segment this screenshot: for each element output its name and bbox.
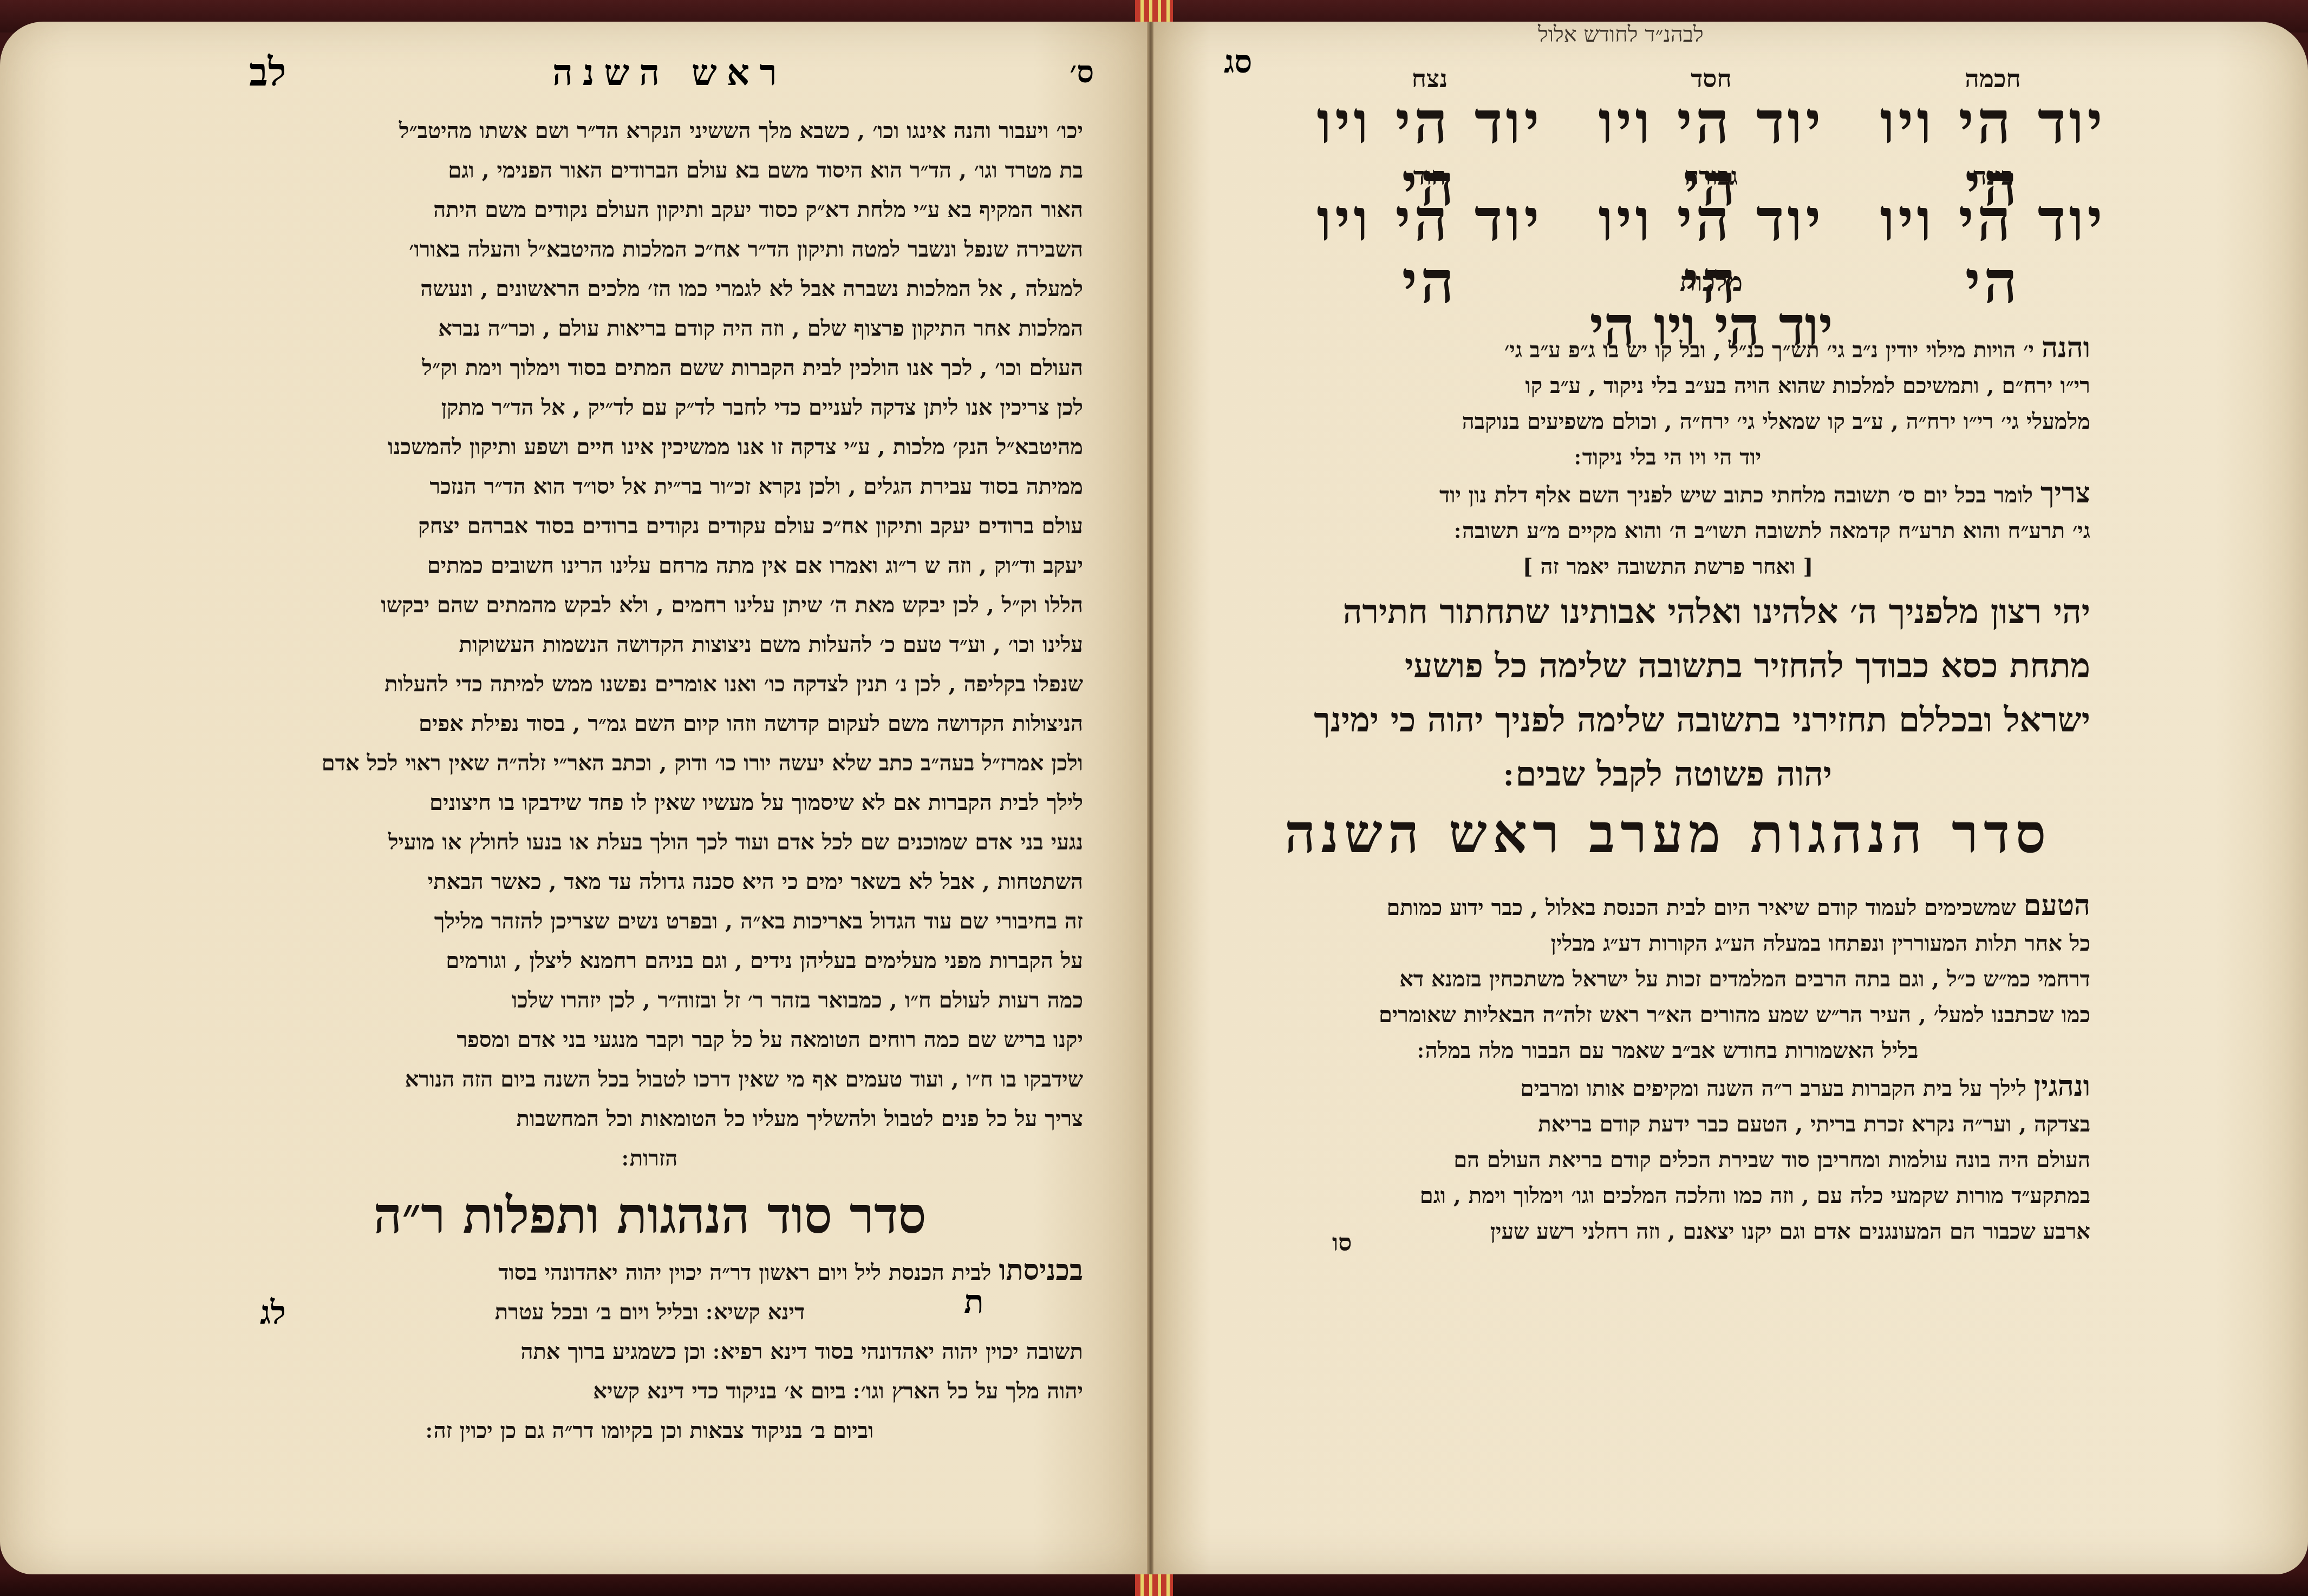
lead-word: והנה: [2042, 331, 2090, 364]
text-line: האור המקיף בא ע״י מלחת דא״ק כסוד יעקב ות…: [217, 190, 1083, 230]
line-text: גי׳ תרע״ח והוא תרע״ח קדמאה לתשובה תשו״ב …: [1455, 518, 2090, 544]
section-line: בכניסתו לבית הכנסת ליל ויום ראשון דר״ה י…: [217, 1251, 1083, 1292]
text-line: נגעי בני אדם שמוכנים שם לכל אדם ועוד לכך…: [217, 822, 1083, 862]
line-text: לבית הכנסת ליל ויום ראשון דר״ה יכוין יהו…: [498, 1260, 991, 1285]
left-folio-number: לב: [249, 49, 286, 95]
lead-word: בכניסתו: [999, 1254, 1083, 1287]
text-line: לכן צריכין אנו ליתן צדקה לעניים כדי לחבר…: [217, 388, 1083, 427]
text-line: שידבקו בו ח״ו , ועוד טעמים אף מי שאין דר…: [217, 1059, 1083, 1099]
right-catchword: סו: [1332, 1229, 1352, 1257]
section-line: יהוה מלך על כל הארץ וגו׳ ׃ ביום א׳ בניקו…: [217, 1371, 1083, 1411]
prayer-line: ישראל ובכללם תחזירני בתשובה שלימה לפניך …: [1246, 693, 2090, 747]
prayer-line: מתחת כסא כבודך להחזיר בתשובה שלימה כל פו…: [1246, 639, 2090, 693]
text-line: הללו וק״ל , לכן יבקש מאת ה׳ שיתן עלינו ר…: [217, 585, 1083, 625]
text-line: כמה רעות לעולם ח״ו , כמבואר בזהר ר׳ זל ו…: [217, 980, 1083, 1020]
text-line: עלינו וכו׳ , וע״ד טעם כ׳ להעלות משם ניצו…: [217, 625, 1083, 664]
customs-line: במתקע״ד מורות שקמעי כלה עם , וזה כמו והל…: [1246, 1178, 2090, 1214]
line-text: ארבע שכבור הם המעונגנים אדם וגם יקנו יצא…: [1490, 1219, 2090, 1244]
line-text: בצדקה , וער״ה נקרא זכרת בריתי , הטעם כבר…: [1538, 1111, 2090, 1137]
text-line: השתטחות , אבל לא בשאר ימים כי היא סכנה ג…: [217, 862, 1083, 901]
left-page-body: יכו׳ ויעבור והנה אינגו וכו׳ , כשבא מלך ה…: [217, 111, 1083, 1450]
line-text: כל אחר תלות המעוררין ונפתחו במעלה הע״ג ה…: [1551, 931, 2090, 956]
sefira-label: בינה: [1852, 162, 2134, 189]
lead-word: צריך: [2040, 476, 2090, 509]
right-section-title: סדר הנהגות מערב ראש השנה: [1246, 801, 2090, 865]
customs-line: הטעם שמשכימים לעמוד קודם שיאיר היום לבית…: [1246, 888, 2090, 926]
line-text: שמשכימים לעמוד קודם שיאיר היום לבית הכנס…: [1386, 895, 2016, 920]
customs-line: דרחמי כמ״ש כ״ל , וגם בתה הרבים המלמדים ז…: [1246, 961, 2090, 997]
prayer-block: יהי רצון מלפניך ה׳ אלהינו ואלהי אבותינו …: [1246, 585, 2090, 801]
lead-word: ונהגין: [2034, 1070, 2090, 1103]
text-line: מהיטבא״ל הנק׳ מלכות , ע״י צדקה זו אנו ממ…: [217, 427, 1083, 467]
note-line: רי״ו ירח״ם , ותמשיכם למלכות שהוא הויה בע…: [1246, 368, 2090, 404]
sefira-label: חסד: [1570, 65, 1852, 92]
text-line: הניצולות הקדושה משם לעקום קדושה וזהו קיו…: [217, 704, 1083, 743]
signature-mark: ת: [964, 1283, 984, 1321]
text-line: לילך לבית הקברות אם לא שיסמוך על מעשיו ש…: [217, 783, 1083, 822]
customs-line: ונהגין לילך על בית הקברות בערב ר״ה השנה …: [1246, 1069, 2090, 1107]
prayer-line: יהי רצון מלפניך ה׳ אלהינו ואלהי אבותינו …: [1246, 585, 2090, 639]
line-text: במתקע״ד מורות שקמעי כלה עם , וזה כמו והל…: [1420, 1183, 2090, 1208]
customs-line: ארבע שכבור הם המעונגנים אדם וגם יקנו יצא…: [1246, 1214, 2090, 1250]
line-text: מלמעלי גי׳ רי״ו ירח״ה , ע״ב קו שמאלי גי׳…: [1462, 409, 2090, 434]
line-text: י׳ הויות מילוי יודין נ״ב גי׳ תש״ך כנ״ל ,…: [1504, 337, 2034, 363]
right-folio-number: סג: [1224, 43, 1252, 80]
text-line: יכו׳ ויעבור והנה אינגו וכו׳ , כשבא מלך ה…: [217, 111, 1083, 151]
left-running-title: ראש השנה: [552, 51, 787, 94]
note-line: והנה י׳ הויות מילוי יודין נ״ב גי׳ תש״ך כ…: [1246, 330, 2090, 368]
text-line: עולם ברודים יעקב ותיקון אח״כ עולם עקודים…: [217, 506, 1083, 546]
text-line: על הקברות מפני מעלימים בעליהן נידים , וג…: [217, 941, 1083, 980]
closing-word: הזרות ׃: [217, 1139, 1083, 1178]
note-line: צריך לומר בכל יום ס׳ תשובה מלחתי כתוב שי…: [1246, 475, 2090, 513]
text-line: צריך על כל פנים לטבול ולהשליך מעליו כל ה…: [217, 1099, 1083, 1139]
line-text: יהוה מלך על כל הארץ וגו׳ ׃ ביום א׳ בניקו…: [593, 1378, 1083, 1404]
note-line: גי׳ תרע״ח והוא תרע״ח קדמאה לתשובה תשו״ב …: [1246, 513, 2090, 549]
text-line: יעקב וד״וק , וזה ש ר״וג ואמרו אם אין מתה…: [217, 546, 1083, 585]
text-line: זה בחיבורי שם עוד הגדול באריכות בא״ה , ו…: [217, 901, 1083, 941]
sefira-label: חכמה: [1852, 65, 2134, 92]
note-line: מלמעלי גי׳ רי״ו ירח״ה , ע״ב קו שמאלי גי׳…: [1246, 404, 2090, 440]
prayer-line: יהוה פשוטה לקבל שבים ׃: [1246, 747, 2090, 801]
text-line: יקנו בריש שם כמה רוחים הטומאה על כל קבר …: [217, 1020, 1083, 1059]
text-line: למעלה , אל המלכות נשברה אבל לא לגמרי כמו…: [217, 269, 1083, 309]
text-line: השבירה שנפל ונשבר למטה ותיקון הד״ר אח״כ …: [217, 230, 1083, 269]
line-text: דרחמי כמ״ש כ״ל , וגם בתה הרבים המלמדים ז…: [1399, 966, 2090, 992]
sefira-label: נצח: [1289, 65, 1570, 92]
bracketed-instruction: [ ואחר פרשת התשובה יאמר זה ]: [1246, 549, 2090, 585]
text-line: שנפלו בקליפה , לכן נ׳ תנין לצדקה כו׳ ואנ…: [217, 664, 1083, 704]
text-line: ממיתה בסוד עבירת הגלים , ולכן נקרא זכ״ור…: [217, 467, 1083, 506]
line-text: לילך על בית הקברות בערב ר״ה השנה ומקיפים…: [1521, 1076, 2026, 1101]
customs-line: בצדקה , וער״ה נקרא זכרת בריתי , הטעם כבר…: [1246, 1107, 2090, 1142]
text-line: בת מטרד וגו׳ , הד״ר הוא היסוד משם בא עול…: [217, 151, 1083, 190]
line-text: בליל האשמורות בחודש אב״ב שאמר עם הבבור מ…: [1418, 1038, 1918, 1063]
line-text: העולם היה בונה עולמות ומחריבן סוד שבירת …: [1453, 1147, 2090, 1173]
line-text: [ ואחר פרשת התשובה יאמר זה ]: [1523, 554, 1814, 579]
sefira-label: גבורה: [1570, 162, 1852, 189]
customs-line: כמו שכתבנו למעל׳ , העיר הר״ש שמע מהורים …: [1246, 997, 2090, 1033]
line-text: כמו שכתבנו למעל׳ , העיר הר״ש שמע מהורים …: [1379, 1002, 2090, 1028]
line-text: יוד הי ויו הי בלי ניקוד ׃: [1575, 444, 1761, 470]
line-text: רי״ו ירח״ם , ותמשיכם למלכות שהוא הויה בע…: [1525, 373, 2090, 398]
customs-line: בליל האשמורות בחודש אב״ב שאמר עם הבבור מ…: [1246, 1033, 2090, 1069]
text-line: ולכן אמרז״ל בעה״ב כתב שלא יעשה יורו כו׳ …: [217, 743, 1083, 783]
customs-line: כל אחר תלות המעוררין ונפתחו במעלה הע״ג ה…: [1246, 926, 2090, 961]
left-signature-mark: ס׳: [1070, 54, 1094, 90]
text-line: העולם וכו׳ , לכך אנו הולכין לבית הקברות …: [217, 348, 1083, 388]
customs-block: הטעם שמשכימים לעמוד קודם שיאיר היום לבית…: [1246, 888, 2090, 1250]
running-head: לבהנ״ד לחודש אלול: [1538, 22, 1704, 47]
section-line: וביום ב׳ בניקוד צבאות וכן בקיומו דר״ה גם…: [217, 1411, 1083, 1450]
catchword: לג: [260, 1294, 286, 1332]
line-text: תשובה יכוין יהוה יאהדונהי בסוד דינא רפיא…: [520, 1339, 1083, 1364]
headband-bottom: [1135, 1574, 1173, 1596]
left-section-title: סדר סוד הנהגות ותפלות ר״ה: [217, 1186, 1083, 1245]
text-line: המלכות אחר התיקון פרצוף שלם , וזה היה קו…: [217, 309, 1083, 348]
note-line: יוד הי ויו הי בלי ניקוד ׃: [1246, 440, 2090, 475]
line-text: לומר בכל יום ס׳ תשובה מלחתי כתוב שיש לפנ…: [1439, 482, 2033, 508]
line-text: וביום ב׳ בניקוד צבאות וכן בקיומו דר״ה גם…: [426, 1418, 874, 1443]
lead-word: הטעם: [2024, 889, 2090, 922]
left-page-header: לב ראש השנה ס׳: [249, 49, 1094, 108]
sefira-label: מלכות: [1289, 268, 2134, 296]
left-page-footer: לג ת: [260, 1294, 1007, 1337]
sefira-label: הוד: [1289, 162, 1570, 189]
section-line: תשובה יכוין יהוה יאהדונהי בסוד דינא רפיא…: [217, 1332, 1083, 1371]
customs-line: העולם היה בונה עולמות ומחריבן סוד שבירת …: [1246, 1142, 2090, 1178]
note-block: והנה י׳ הויות מילוי יודין נ״ב גי׳ תש״ך כ…: [1246, 330, 2090, 585]
